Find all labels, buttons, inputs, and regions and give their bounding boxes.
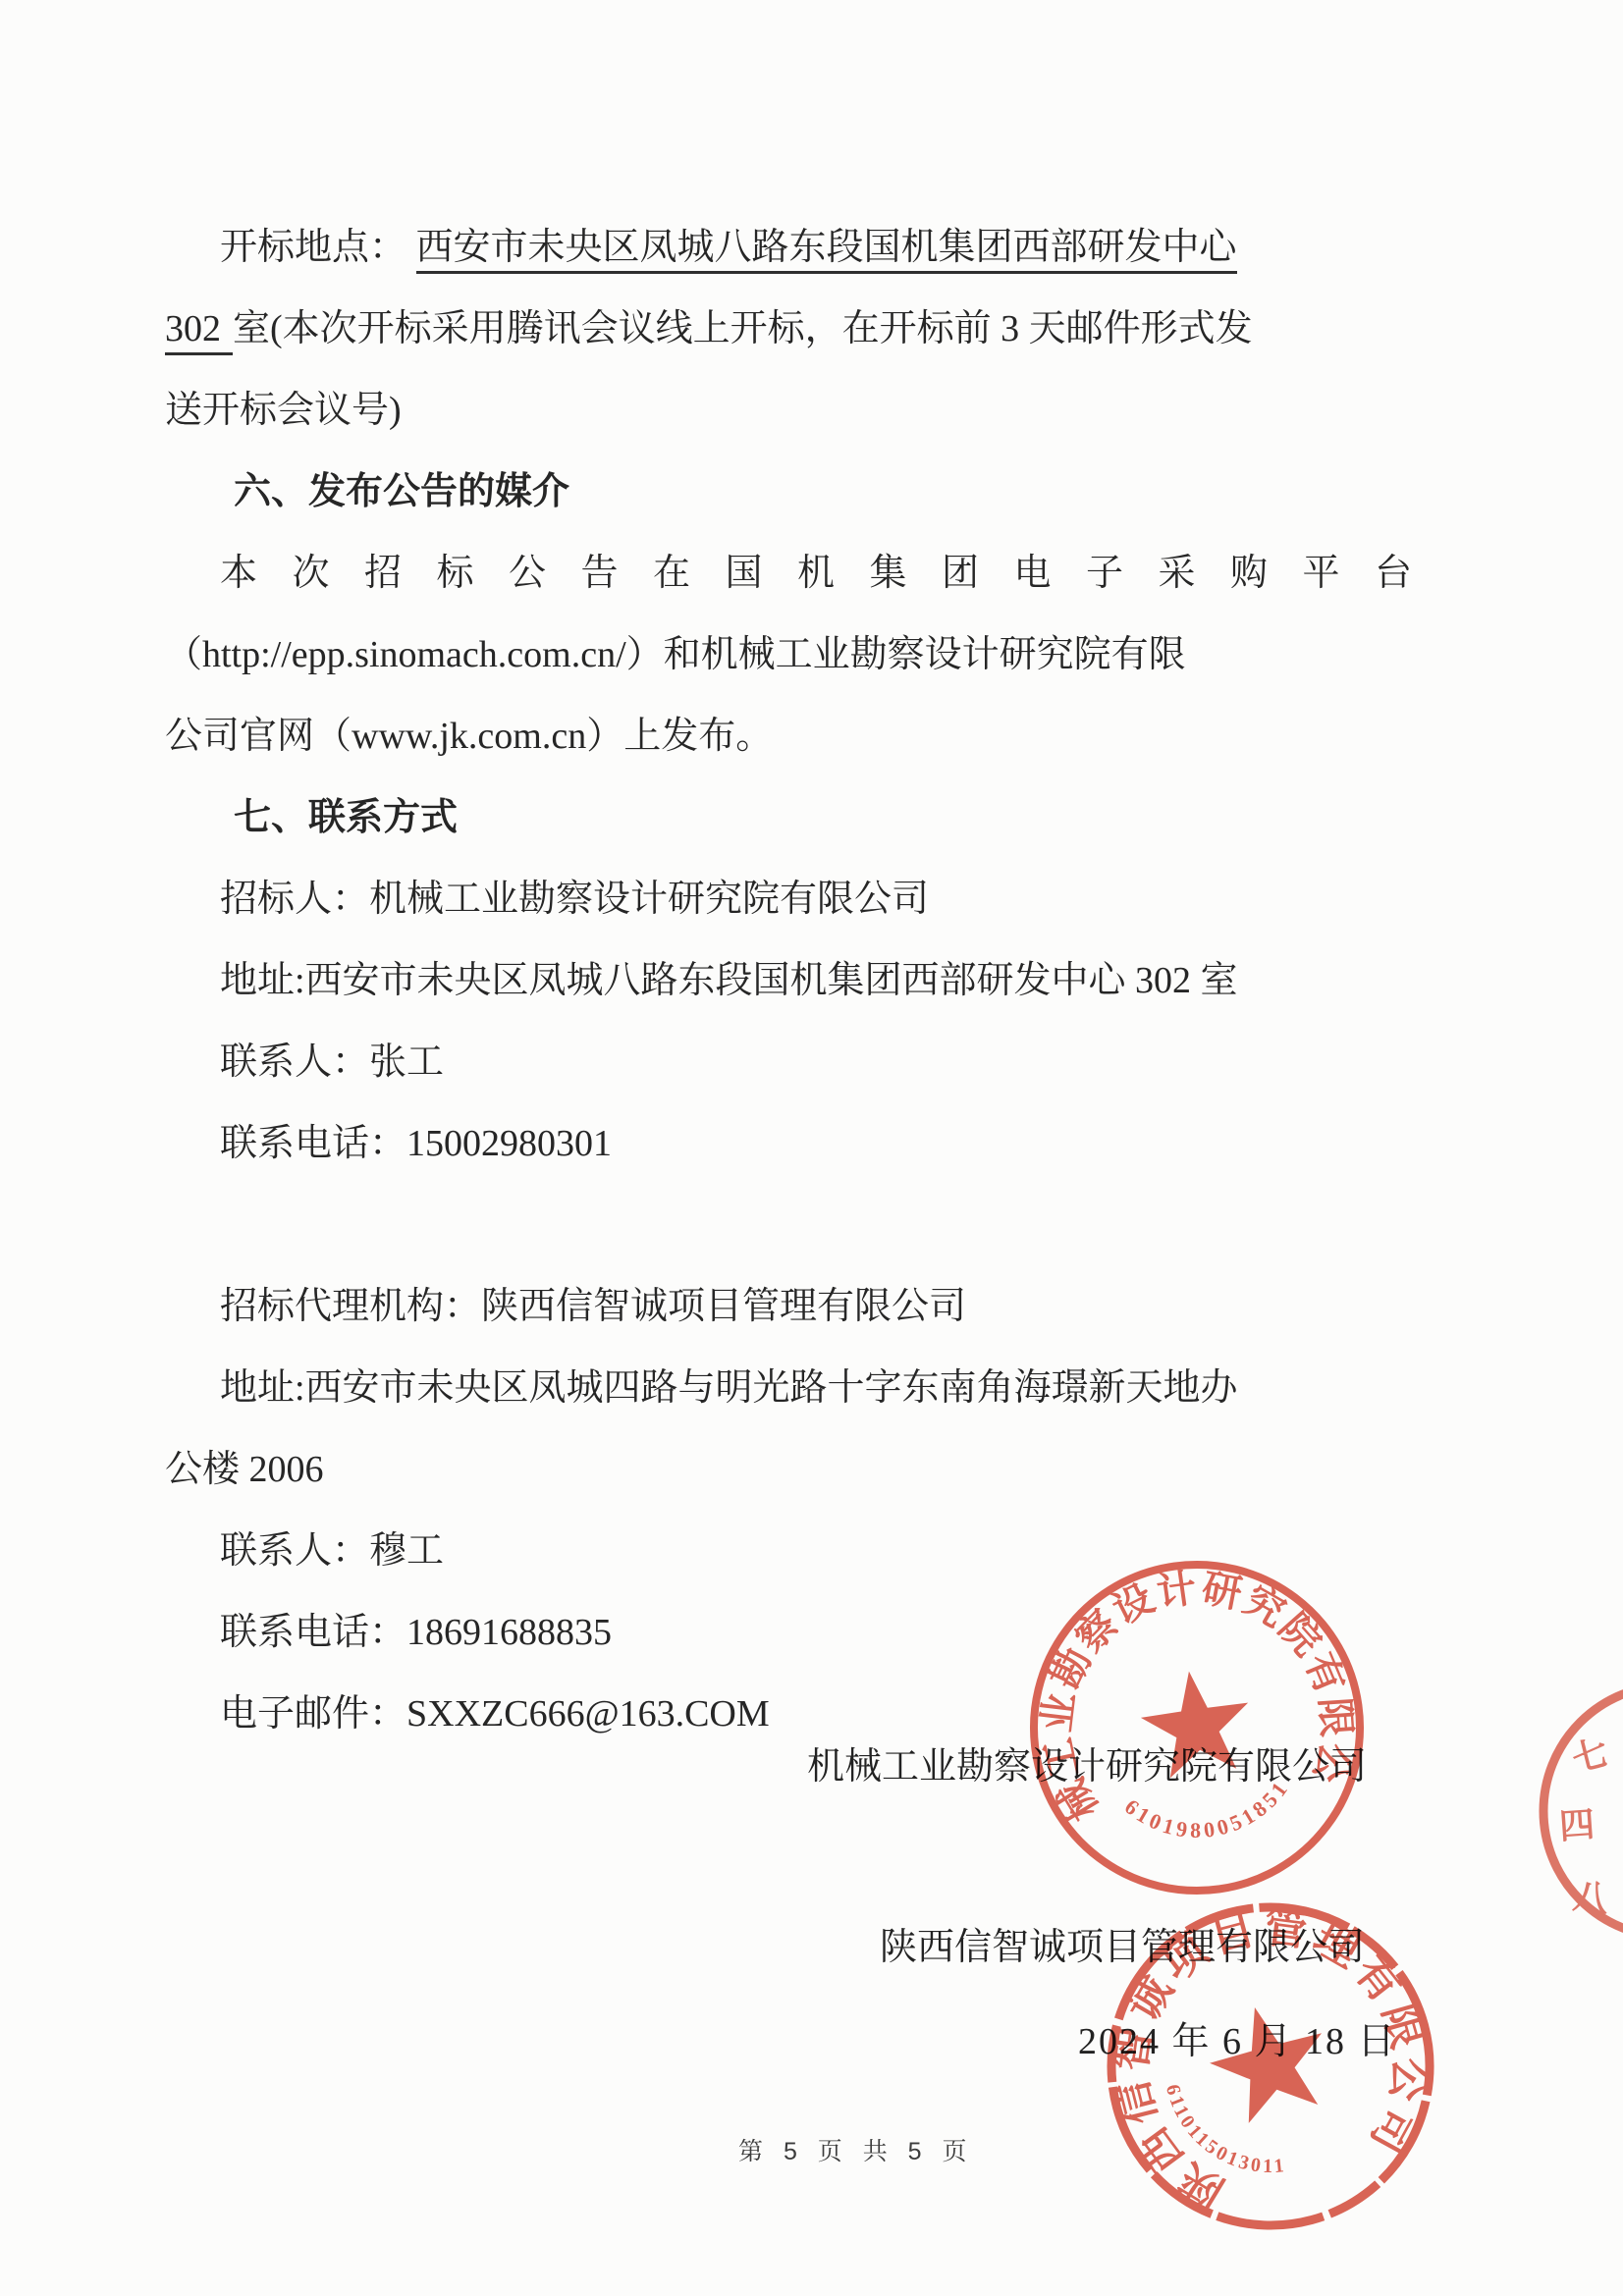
- seal-agency-star-icon: [1199, 1993, 1339, 2129]
- media-paragraph-line-3: 公司官网（www.jk.com.cn）上发布。: [165, 696, 1412, 777]
- seal-jk-serial: 6101980051851: [1117, 1772, 1299, 1853]
- section-6-heading: 六、发布公告的媒介: [165, 452, 1412, 533]
- section-7-heading: 七、联系方式: [165, 777, 1412, 859]
- bid-opening-location-line: 开标地点： 西安市未央区凤城八路东段国机集团西部研发中心: [165, 207, 1412, 289]
- media-paragraph-line-1: 本 次 招 标 公 告 在 国 机 集 团 电 子 采 购 平 台: [165, 533, 1412, 614]
- media-paragraph-line-2: （http://epp.sinomach.com.cn/）和机械工业勘察设计研究…: [165, 614, 1412, 696]
- room-line-text: 室(本次开标采用腾讯会议线上开标，在开标前 3 天邮件形式发: [233, 308, 1253, 349]
- edge-seal-char-2: 四: [1558, 1805, 1596, 1846]
- seal-jk-star-icon: [1135, 1664, 1257, 1781]
- company-seal-agency-icon: 陕西信智诚项目管理有限公司 6110115013011: [1094, 1890, 1447, 2243]
- page-number-footer: 第 5 页 共 5 页: [738, 2132, 974, 2167]
- bid-opening-location-value: 西安市未央区凤城八路东段国机集团西部研发中心: [416, 227, 1237, 274]
- room-number: 302: [165, 308, 233, 355]
- document-page: 开标地点： 西安市未央区凤城八路东段国机集团西部研发中心 302室(本次开标采用…: [0, 0, 1623, 2296]
- edge-seal-char-1: 七: [1568, 1733, 1612, 1780]
- agency-address-line-2: 公楼 2006: [165, 1429, 1412, 1511]
- tenderer-phone-line: 联系电话：15002980301: [165, 1103, 1412, 1185]
- edge-seal-char-3: 八: [1571, 1876, 1611, 1920]
- room-line-continuation: 送开标会议号): [165, 370, 1412, 452]
- tenderer-address-line: 地址:西安市未央区凤城八路东段国机集团西部研发中心 302 室: [165, 940, 1412, 1022]
- agency-line: 招标代理机构：陕西信智诚项目管理有限公司: [165, 1266, 1412, 1348]
- bid-opening-location-label: 开标地点：: [220, 227, 406, 268]
- tenderer-contact-line: 联系人：张工: [165, 1022, 1412, 1103]
- blank-line: [165, 1185, 1412, 1266]
- company-seal-jk-icon: 机械工业勘察设计研究院有限公司 6101980051851: [1020, 1551, 1374, 1904]
- partial-seal-edge-icon: 七 四 八: [1515, 1674, 1623, 1968]
- svg-text:6101980051851: 6101980051851: [1117, 1772, 1299, 1853]
- room-number-line: 302室(本次开标采用腾讯会议线上开标，在开标前 3 天邮件形式发: [165, 289, 1412, 370]
- tenderer-line: 招标人：机械工业勘察设计研究院有限公司: [165, 859, 1412, 940]
- agency-address-line-1: 地址:西安市未央区凤城四路与明光路十字东南角海璟新天地办: [165, 1348, 1412, 1429]
- document-body: 开标地点： 西安市未央区凤城八路东段国机集团西部研发中心 302室(本次开标采用…: [165, 207, 1412, 1755]
